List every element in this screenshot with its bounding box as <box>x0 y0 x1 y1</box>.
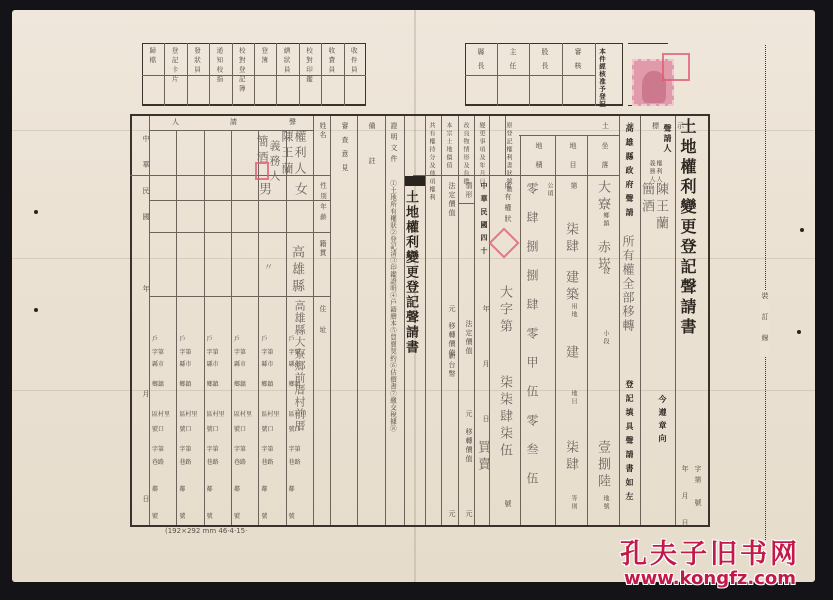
change-era: 中華民國四十 <box>480 182 489 260</box>
petition-prefix: 高雄縣政府聲請 <box>625 124 634 222</box>
clerk-cell-label: 校對印鑑 <box>305 47 313 75</box>
land-category-prefix: 第 <box>569 182 578 191</box>
title-marker-icon <box>405 176 425 186</box>
obligor-name[interactable]: 簡酒 <box>642 182 651 216</box>
address-template-label: 號 <box>289 512 295 521</box>
address-template-label: 號口 <box>179 425 191 434</box>
divider <box>619 116 620 525</box>
ink-spot <box>34 308 38 312</box>
price-col1-bottom: 新台幣 <box>447 352 456 379</box>
number-field[interactable]: 字第 號 <box>693 465 702 510</box>
price-col2-top: 情形 <box>464 182 473 200</box>
address-template-label: 字第 <box>261 348 273 357</box>
price-col1-mid: 元 <box>447 305 456 314</box>
clerk-cell-label: 收費員 <box>327 47 335 75</box>
address-template-label: 戶 <box>152 335 158 344</box>
divider <box>330 116 331 525</box>
red-seal-icon <box>662 53 690 81</box>
certificate-number-prefix[interactable]: 大字第 <box>500 285 509 336</box>
approval-note: 本件經核准予登記 <box>598 48 606 103</box>
address-template-label: 字第 <box>234 348 246 357</box>
clerk-cell-label: 繕狀員 <box>283 47 291 75</box>
divider <box>187 43 188 106</box>
address-template-label: 字第 <box>261 445 273 454</box>
address-template-label: 字第 <box>179 445 191 454</box>
divider <box>321 43 322 106</box>
address-template-label: 縣市 <box>179 360 191 369</box>
party-origin-label: 籍貫 <box>318 240 327 258</box>
address-template-label: 鄰 <box>179 485 185 494</box>
documents-list: ①土地所有權狀②登記清③印鑑證明④戶籍謄本⑤買賣契約⑥估價書⑦繳交稅據⑧ <box>389 180 397 432</box>
land-category-class[interactable]: 柒肆 <box>566 222 575 256</box>
change-year-label: 年 <box>481 305 490 314</box>
date-field[interactable]: 年 月 日 <box>680 465 689 532</box>
approval-county-head: 縣長 <box>476 48 485 76</box>
land-grade-unit: 等則 <box>569 495 578 511</box>
approval-section-chief: 股長 <box>540 48 549 76</box>
address-template-label: 字第 <box>207 348 219 357</box>
address-template-label: 鄉鎮 <box>179 380 191 389</box>
divider <box>176 130 177 525</box>
address-template-label: 號 <box>207 512 213 521</box>
land-section-unit: 段 <box>601 268 610 276</box>
divider <box>204 130 205 525</box>
address-template-label: 鄉鎮 <box>207 380 219 389</box>
divider <box>276 43 277 106</box>
petition-handwritten[interactable]: 所有權全部移轉 <box>623 235 632 333</box>
address-template-label: 字第 <box>289 445 301 454</box>
address-template-label: 戶 <box>261 335 267 344</box>
change-day-label: 日 <box>481 415 490 424</box>
divider <box>520 135 521 525</box>
clerk-cell-label: 校對登記簿 <box>238 47 246 75</box>
land-category-label: 地目 <box>568 142 577 180</box>
address-template-label: 縣市 <box>152 360 164 369</box>
divider <box>529 43 530 106</box>
divider <box>675 116 676 525</box>
divider <box>458 203 474 204</box>
parties-header-left: 人 <box>172 118 181 127</box>
right-holder-label: 權利人 <box>655 160 662 184</box>
address-template-label: 號 <box>152 512 158 521</box>
divider <box>344 43 345 106</box>
standard-land-value-label: 本宗土地價值 <box>445 122 452 170</box>
petition-suffix: 登記填具聲請書如左 <box>625 380 634 506</box>
party-sex-age-label: 性別年齡 <box>318 182 327 224</box>
address-template-label: 區村里 <box>152 410 170 419</box>
price-col2-mid: 法定價值 <box>464 320 473 356</box>
address-template-label: 字第 <box>234 445 246 454</box>
day-label: 日 <box>141 495 150 504</box>
divider <box>385 116 386 525</box>
original-certificate-type: 所有權狀 <box>503 182 512 226</box>
divider <box>458 116 459 525</box>
clerk-cell-label: 通知校指 <box>215 47 223 75</box>
address-template-label: 號 <box>234 512 240 521</box>
address-template-label: 區村里 <box>179 410 197 419</box>
land-use-label: 用地 <box>569 303 578 319</box>
divider <box>505 116 506 176</box>
divider <box>232 43 233 106</box>
party-2-sex[interactable]: 男 <box>259 182 268 199</box>
parties-header-right: 聲 <box>289 118 298 127</box>
divider <box>286 130 287 525</box>
parties-header-mid: 請 <box>230 118 239 127</box>
approval-director: 主任 <box>508 48 517 76</box>
land-area-values[interactable]: 零肆捌捌肆零甲伍零叁伍 <box>527 182 536 501</box>
divider <box>595 43 596 106</box>
address-template-label: 戶 <box>207 335 213 344</box>
land-location-value[interactable]: 大寮 <box>598 180 607 214</box>
co-owner-label: 共有權持分及他項權利 <box>428 122 435 202</box>
address-template-label: 戶 <box>234 335 240 344</box>
watermark-text: 孔夫子旧书网 <box>620 532 800 571</box>
binding-line-label: 裝訂線 <box>760 290 769 357</box>
month-label: 月 <box>141 390 150 399</box>
land-lot-number[interactable]: 壹捌陸 <box>598 440 607 491</box>
divider <box>209 43 210 106</box>
divider <box>640 116 641 525</box>
address-template-label: 戶 <box>179 335 185 344</box>
party-1-name[interactable]: 陳王蘭 <box>282 130 291 178</box>
land-lot-unit: 地號 <box>601 495 610 511</box>
address-template-label: 縣市 <box>261 360 273 369</box>
land-use-value[interactable]: 建 <box>566 345 575 362</box>
divider <box>555 135 556 525</box>
divider <box>425 116 426 525</box>
form-title: 土地權利變更登記聲請書 <box>683 118 692 338</box>
land-area-label: 地積 <box>534 142 543 180</box>
red-seal-icon <box>255 162 269 180</box>
address-template-label: 巷路 <box>179 458 191 467</box>
divider <box>254 43 255 106</box>
address-template-label: 巷路 <box>289 458 301 467</box>
certificate-number[interactable]: 柒柒肆柒伍 <box>500 375 509 460</box>
price-col1-top: 法定價值 <box>447 182 456 218</box>
certificate-number-unit: 號 <box>503 500 512 509</box>
review-opinion-label: 審查意見 <box>340 122 349 178</box>
address-template-label: 鄉鎮 <box>234 380 246 389</box>
address-template-label: 字第 <box>152 445 164 454</box>
clerk-cell-label: 登簿 <box>260 47 268 66</box>
clerk-cell-label: 登記卡片 <box>171 47 179 75</box>
address-template-label: 鄰 <box>261 485 267 494</box>
address-template-label: 號口 <box>152 425 164 434</box>
address-template-label: 鄉鎮 <box>261 380 273 389</box>
price-col2-sub: 元 <box>464 410 473 419</box>
price-col1-end: 元 <box>447 510 456 519</box>
ink-spot <box>34 210 38 214</box>
address-template-label: 字第 <box>152 348 164 357</box>
address-template-label: 號口 <box>234 425 246 434</box>
divider <box>231 130 232 525</box>
party-1-sex[interactable]: 女 <box>295 182 304 199</box>
improvement-situation-label: 改良物情形及負擔 <box>462 122 469 186</box>
change-date-label: 變更事項及年月日 <box>478 122 485 186</box>
land-location-label: 坐落 <box>600 142 609 180</box>
right-holder-name[interactable]: 陳王蘭 <box>656 182 665 233</box>
address-template-label: 區村里 <box>207 410 225 419</box>
address-template-label: 號 <box>179 512 185 521</box>
divider <box>357 116 358 525</box>
watermark: 孔夫子旧书网 www.kongfz.com <box>620 532 800 589</box>
land-location-unit: 鄉鎮 <box>601 212 610 228</box>
land-section-header: 土地標示 <box>602 122 702 131</box>
land-grade-label: 地目 <box>569 390 578 406</box>
address-template-label: 字第 <box>207 445 219 454</box>
clerk-cell-label: 歸檔 <box>148 47 156 66</box>
address-template-label: 縣市 <box>234 360 246 369</box>
land-category-value[interactable]: 建築 <box>566 270 575 304</box>
clerk-cell-label: 發狀員 <box>193 47 201 75</box>
party-1-address[interactable]: 高雄縣大寮鄉前厝村前厝 <box>295 300 304 432</box>
obligor-label: 義務人 <box>648 160 655 184</box>
ink-spot <box>800 228 804 232</box>
land-grade-value[interactable]: 柒肆 <box>566 440 575 474</box>
address-template-label: 號 <box>261 512 267 521</box>
price-col2-bottom: 移轉價值 <box>464 428 473 464</box>
change-reason[interactable]: 買賣 <box>478 440 487 474</box>
address-template-label: 鄰 <box>289 485 295 494</box>
party-residence-label: 住址 <box>318 305 327 347</box>
address-template-label: 鄰 <box>152 485 158 494</box>
party-1-origin[interactable]: 高雄縣 <box>292 245 301 296</box>
remarks-label: 備註 <box>367 122 376 192</box>
address-template-label: 字第 <box>179 348 191 357</box>
address-template-label: 號口 <box>207 425 219 434</box>
address-template-label: 鄰 <box>234 485 240 494</box>
address-template-label: 號口 <box>261 425 273 434</box>
land-area-unit: 公頃 <box>545 182 554 198</box>
divider <box>441 116 442 525</box>
price-col2-end: 元 <box>464 510 473 519</box>
party-name-label: 姓名 <box>318 122 327 140</box>
approval-review: 審核 <box>573 48 582 76</box>
year-label: 年 <box>141 285 150 294</box>
address-template-label: 鄉鎮 <box>152 380 164 389</box>
documents-label: 證明文件 <box>389 122 398 166</box>
ink-spot <box>797 330 801 334</box>
divider <box>519 135 619 136</box>
divider <box>497 43 498 106</box>
divider <box>413 175 619 176</box>
watermark-url: www.kongfz.com <box>620 568 800 589</box>
address-template-label: 巷路 <box>152 458 164 467</box>
divider <box>313 116 314 525</box>
clerk-cell-label: 收件員 <box>350 47 358 75</box>
address-template-label: 鄰 <box>207 485 213 494</box>
divider <box>164 43 165 106</box>
address-template-label: 巷路 <box>207 458 219 467</box>
address-template-label: 巷路 <box>261 458 273 467</box>
change-month-label: 月 <box>481 360 490 369</box>
form-print-code: (192×292 mm 46·4·15· <box>165 527 247 535</box>
petition-intro: 今遵章向 <box>658 395 667 447</box>
party-1-role[interactable]: 權利人 <box>295 130 304 178</box>
party-2-role[interactable]: 義務人 <box>270 140 279 185</box>
divider <box>562 43 563 106</box>
party-2-origin[interactable]: 〃 <box>262 262 271 275</box>
divider <box>299 43 300 106</box>
address-template-label: 縣市 <box>207 360 219 369</box>
address-template-label: 巷路 <box>234 458 246 467</box>
address-template-label: 區村里 <box>261 410 279 419</box>
inner-form-title: 土地權利變更登記聲請書 <box>406 190 415 355</box>
era-label: 中華民國 <box>141 135 150 239</box>
divider <box>587 135 588 525</box>
land-small-section-label: 小段 <box>601 330 610 346</box>
address-template-label: 區村里 <box>234 410 252 419</box>
